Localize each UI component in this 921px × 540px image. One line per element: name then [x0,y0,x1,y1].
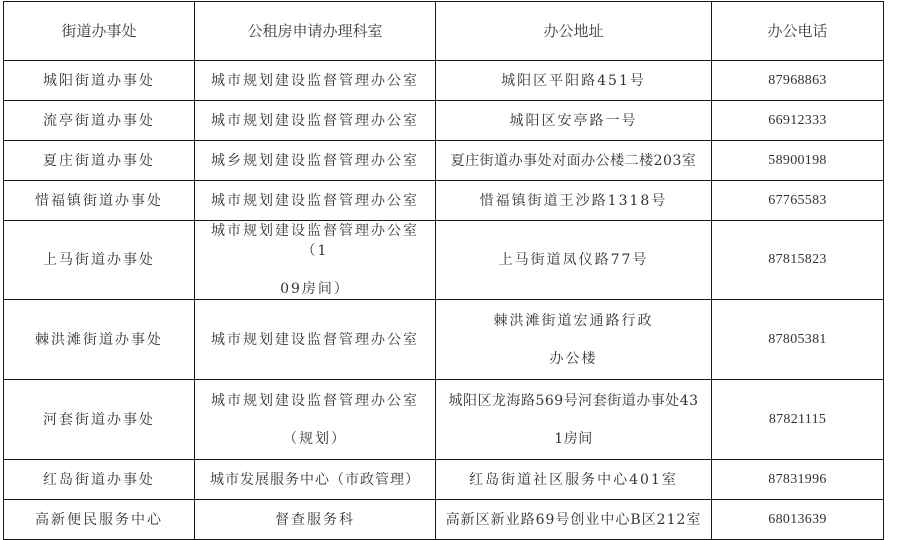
table-row: 河套街道办事处 城市规划建设监督管理办公室 （规划） 城阳区龙海路569号河套街… [4,380,884,460]
phone-cell: 87968863 [712,61,884,101]
department-cell: 城乡规划建设监督管理办公室 [195,141,436,181]
office-cell: 夏庄街道办事处 [4,141,195,181]
office-cell: 河套街道办事处 [4,380,195,460]
address-cell: 城阳区安亭路一号 [436,101,712,141]
header-phone: 办公电话 [712,2,884,61]
address-line: 1房间 [440,429,707,449]
address-cell: 红岛街道社区服务中心401室 [436,460,712,500]
phone-cell: 87815823 [712,221,884,300]
phone-cell: 66912333 [712,101,884,141]
table-row: 上马街道办事处 城市规划建设监督管理办公室（1 09房间） 上马街道凤仪路77号… [4,221,884,300]
header-row: 街道办事处 公租房申请办理科室 办公地址 办公电话 [4,2,884,61]
office-cell: 上马街道办事处 [4,221,195,300]
phone-cell: 87821115 [712,380,884,460]
address-line: 办公楼 [440,349,707,369]
department-line: 城市规划建设监督管理办公室（1 [199,221,431,261]
phone-cell: 87831996 [712,460,884,500]
office-cell: 流亭街道办事处 [4,101,195,141]
address-cell: 上马街道凤仪路77号 [436,221,712,300]
department-line: 城市规划建设监督管理办公室 [199,391,431,411]
office-cell: 棘洪滩街道办事处 [4,300,195,380]
table-row: 流亭街道办事处 城市规划建设监督管理办公室 城阳区安亭路一号 66912333 [4,101,884,141]
phone-cell: 58900198 [712,141,884,181]
address-cell: 城阳区平阳路451号 [436,61,712,101]
table-row: 城阳街道办事处 城市规划建设监督管理办公室 城阳区平阳路451号 8796886… [4,61,884,101]
address-cell: 惜福镇街道王沙路1318号 [436,181,712,221]
office-cell: 惜福镇街道办事处 [4,181,195,221]
department-cell: 城市规划建设监督管理办公室 [195,101,436,141]
address-line: 城阳区龙海路569号河套街道办事处43 [440,391,707,411]
phone-cell: 67765583 [712,181,884,221]
department-cell: 城市发展服务中心（市政管理） [195,460,436,500]
address-cell: 棘洪滩街道宏通路行政 办公楼 [436,300,712,380]
office-cell: 城阳街道办事处 [4,61,195,101]
phone-cell: 68013639 [712,500,884,540]
header-office: 街道办事处 [4,2,195,61]
table-row: 惜福镇街道办事处 城市规划建设监督管理办公室 惜福镇街道王沙路1318号 677… [4,181,884,221]
department-cell: 城市规划建设监督管理办公室 [195,300,436,380]
department-cell: 城市规划建设监督管理办公室 [195,61,436,101]
address-cell: 夏庄街道办事处对面办公楼二楼203室 [436,141,712,181]
department-cell: 城市规划建设监督管理办公室 （规划） [195,380,436,460]
department-line: 09房间） [199,279,431,299]
header-department: 公租房申请办理科室 [195,2,436,61]
table-row: 棘洪滩街道办事处 城市规划建设监督管理办公室 棘洪滩街道宏通路行政 办公楼 87… [4,300,884,380]
phone-cell: 87805381 [712,300,884,380]
address-line: 棘洪滩街道宏通路行政 [440,311,707,331]
department-cell: 督查服务科 [195,500,436,540]
office-directory-table: 街道办事处 公租房申请办理科室 办公地址 办公电话 城阳街道办事处 城市规划建设… [3,1,884,540]
department-line: （规划） [199,429,431,449]
department-cell: 城市规划建设监督管理办公室 [195,181,436,221]
office-cell: 高新便民服务中心 [4,500,195,540]
office-cell: 红岛街道办事处 [4,460,195,500]
department-cell: 城市规划建设监督管理办公室（1 09房间） [195,221,436,300]
table-row: 高新便民服务中心 督查服务科 高新区新业路69号创业中心B区212室 68013… [4,500,884,540]
table-row: 红岛街道办事处 城市发展服务中心（市政管理） 红岛街道社区服务中心401室 87… [4,460,884,500]
address-cell: 高新区新业路69号创业中心B区212室 [436,500,712,540]
table-row: 夏庄街道办事处 城乡规划建设监督管理办公室 夏庄街道办事处对面办公楼二楼203室… [4,141,884,181]
header-address: 办公地址 [436,2,712,61]
address-cell: 城阳区龙海路569号河套街道办事处43 1房间 [436,380,712,460]
